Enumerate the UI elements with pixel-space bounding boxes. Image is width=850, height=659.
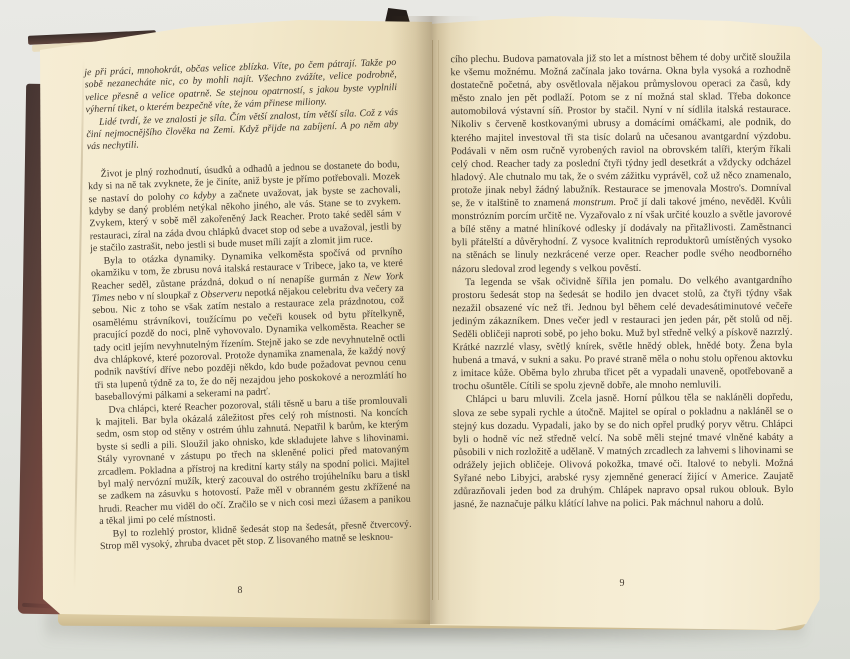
paragraph: Dva chlápci, které Reacher pozoroval, st… (95, 394, 411, 528)
paragraph: Život je plný rozhodnutí, úsudků a odhad… (88, 159, 403, 256)
paragraph: Byla to otázka dynamiky. Dynamika velkom… (90, 246, 407, 405)
paragraph: cího plechu. Budova pamatovala již sto l… (450, 51, 792, 276)
paragraph: Ta legenda se však očividně šířila jen p… (452, 273, 793, 393)
right-page-text: cího plechu. Budova pamatovala již sto l… (450, 51, 793, 512)
right-page-number: 9 (452, 578, 792, 589)
left-page-text: je při práci, mnohokrát, občas velice zb… (84, 57, 412, 554)
book-photo: je při práci, mnohokrát, občas velice zb… (0, 0, 850, 659)
paragraph: Chlápci u baru mluvili. Zcela jasně. Hor… (453, 391, 794, 511)
